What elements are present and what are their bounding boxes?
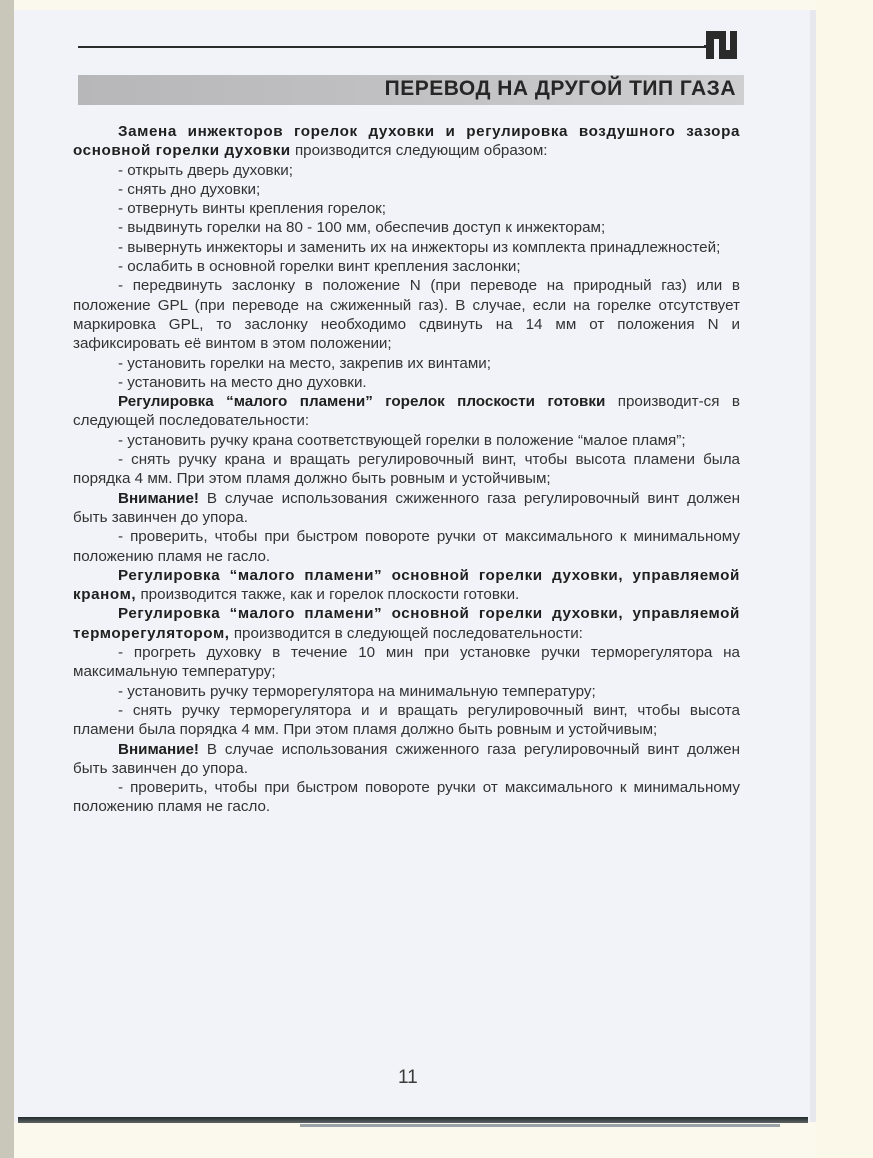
- page-bottom-edge: [18, 1117, 808, 1123]
- list-item: - ослабить в основной горелки винт крепл…: [73, 257, 740, 276]
- list-item: - вывернуть инжекторы и заменить их на и…: [73, 238, 740, 257]
- brand-logo-icon: [704, 28, 746, 62]
- scan-left-edge: [0, 0, 14, 1158]
- section-title-bar: ПЕРЕВОД НА ДРУГОЙ ТИП ГАЗА: [78, 75, 744, 105]
- paragraph-oven-valve: Регулировка “малого пламени” основной го…: [73, 566, 740, 605]
- list-item: - отвернуть винты крепления горелок;: [73, 199, 740, 218]
- page-bottom-edge-secondary: [300, 1124, 780, 1127]
- warning-label: Внимание!: [118, 490, 199, 507]
- document-body: Замена инжекторов горелок духовки и регу…: [73, 122, 740, 817]
- warning-label: Внимание!: [118, 741, 199, 758]
- page-number: 11: [398, 1067, 418, 1089]
- list-item: - установить горелки на место, закрепив …: [73, 354, 740, 373]
- warning-note: Внимание! В случае использования сжиженн…: [73, 489, 740, 528]
- list-item: - проверить, чтобы при быстром повороте …: [73, 527, 740, 566]
- paragraph-hob-flame: Регулировка “малого пламени” горелок пло…: [73, 392, 740, 431]
- list-item: - снять дно духовки;: [73, 180, 740, 199]
- list-item: - проверить, чтобы при быстром повороте …: [73, 778, 740, 817]
- list-item: - установить ручку терморегулятора на ми…: [73, 682, 740, 701]
- list-item: - снять ручку терморегулятора и и вращат…: [73, 701, 740, 740]
- list-item: - снять ручку крана и вращать регулирово…: [73, 450, 740, 489]
- list-item: - выдвинуть горелки на 80 - 100 мм, обес…: [73, 218, 740, 237]
- header-rule: [78, 46, 706, 48]
- paragraph-oven-thermostat: Регулировка “малого пламени” основной го…: [73, 604, 740, 643]
- list-item: - прогреть духовку в течение 10 мин при …: [73, 643, 740, 682]
- paragraph-injectors: Замена инжекторов горелок духовки и регу…: [73, 122, 740, 161]
- warning-note: Внимание! В случае использования сжиженн…: [73, 740, 740, 779]
- list-item: - установить на место дно духовки.: [73, 373, 740, 392]
- list-item: - открыть дверь духовки;: [73, 161, 740, 180]
- list-item: - установить ручку крана соответствующей…: [73, 431, 740, 450]
- scan-right-edge: [816, 0, 873, 1158]
- paragraph-heading: Регулировка “малого пламени” горелок пло…: [118, 393, 605, 410]
- list-item: - передвинуть заслонку в положение N (пр…: [73, 276, 740, 353]
- section-title: ПЕРЕВОД НА ДРУГОЙ ТИП ГАЗА: [385, 77, 736, 101]
